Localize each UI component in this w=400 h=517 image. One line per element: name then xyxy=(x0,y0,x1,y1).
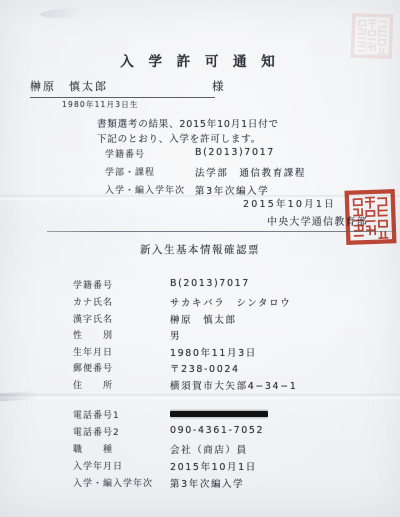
field-value: 第3年次編入学 xyxy=(195,183,269,197)
field-label: 学籍番号 xyxy=(73,278,170,291)
notice-body-line1: 書類選考の結果、2015年10月1日付で xyxy=(97,116,279,130)
field-value xyxy=(170,408,268,421)
confirmation-field-row: 生年月日 1980年11月3日 xyxy=(0,345,400,359)
scanned-document: 入 学 許 可 通 知 榊原 慎太郎 様 1980年11月3日生 書類選考の結果… xyxy=(0,0,400,517)
field-label: 職 種 xyxy=(73,442,170,456)
notice-body-line2: 下記のとおり、入学を許可します。 xyxy=(97,131,261,145)
confirmation-field-row: 職 種 会社（商店）員 xyxy=(0,442,400,456)
paper-fold-top-left xyxy=(40,6,100,19)
confirmation-field-row: 郵便番号 〒238-0024 xyxy=(0,361,400,375)
field-value: 横須賀市大矢部4−34−1 xyxy=(170,378,297,392)
issue-date: 2015年10月1日 xyxy=(243,196,336,210)
paper-fold-left xyxy=(0,391,40,402)
horizontal-rule xyxy=(47,231,396,232)
notice-field-row: 学部・課程 法学部 通信教育課程 xyxy=(0,165,400,179)
field-value: B(2013)7017 xyxy=(195,147,275,160)
notice-field-row: 学籍番号 B(2013)7017 xyxy=(0,147,400,160)
field-value: 会社（商店）員 xyxy=(170,442,248,456)
paper-edge-lower xyxy=(0,394,400,400)
field-label: 入学・編入学年次 xyxy=(73,476,170,490)
notice-field-row: 入学・編入学年次 第3年次編入学 xyxy=(0,183,400,197)
field-label: 生年月日 xyxy=(73,345,170,359)
confirmation-field-row: 入学・編入学年次 第3年次編入学 xyxy=(0,476,400,490)
field-label: 学籍番号 xyxy=(105,147,195,160)
field-value: 〒238-0024 xyxy=(170,361,240,375)
field-label: 入学・編入学年次 xyxy=(105,183,195,197)
university-red-seal-icon xyxy=(344,188,397,246)
field-label: 郵便番号 xyxy=(73,361,170,375)
recipient-name: 榊原 慎太郎 xyxy=(30,78,215,98)
field-label: 住 所 xyxy=(73,378,170,392)
field-label: 学部・課程 xyxy=(105,165,195,179)
field-value: サカキバラ シンタロウ xyxy=(170,295,291,309)
field-label: 性 別 xyxy=(73,328,170,342)
field-label: 電話番号2 xyxy=(73,425,170,438)
field-value: 第3年次編入学 xyxy=(170,476,244,490)
field-value: 1980年11月3日 xyxy=(170,345,257,359)
field-value: 2015年10月1日 xyxy=(170,459,257,473)
confirmation-title: 新入生基本情報確認票 xyxy=(0,242,400,257)
confirmation-field-row: カナ氏名 サカキバラ シンタロウ xyxy=(0,295,400,309)
recipient-birthdate-note: 1980年11月3日生 xyxy=(62,99,139,110)
field-value: B(2013)7017 xyxy=(170,278,250,291)
field-value: 090-4361-7052 xyxy=(170,425,264,438)
redacted-value-bar xyxy=(170,411,268,417)
confirmation-field-row: 住 所 横須賀市大矢部4−34−1 xyxy=(0,378,400,392)
faint-seal-imprint-icon xyxy=(350,11,394,60)
field-label: カナ氏名 xyxy=(73,295,170,309)
confirmation-field-row: 電話番号2 090-4361-7052 xyxy=(0,425,400,438)
confirmation-field-row: 漢字氏名 榊原 慎太郎 xyxy=(0,312,400,326)
honorific-sama: 様 xyxy=(212,78,224,94)
notice-title: 入 学 許 可 通 知 xyxy=(0,50,400,70)
field-label: 漢字氏名 xyxy=(73,312,170,326)
confirmation-field-row: 学籍番号 B(2013)7017 xyxy=(0,278,400,291)
confirmation-field-row: 性 別 男 xyxy=(0,328,400,342)
confirmation-field-row: 電話番号1 xyxy=(0,408,400,421)
field-label: 電話番号1 xyxy=(73,408,170,421)
confirmation-field-row: 入学年月日 2015年10月1日 xyxy=(0,459,400,473)
field-label: 入学年月日 xyxy=(73,459,170,473)
field-value: 榊原 慎太郎 xyxy=(170,312,237,326)
field-value: 法学部 通信教育課程 xyxy=(195,165,306,179)
field-value: 男 xyxy=(170,328,181,342)
